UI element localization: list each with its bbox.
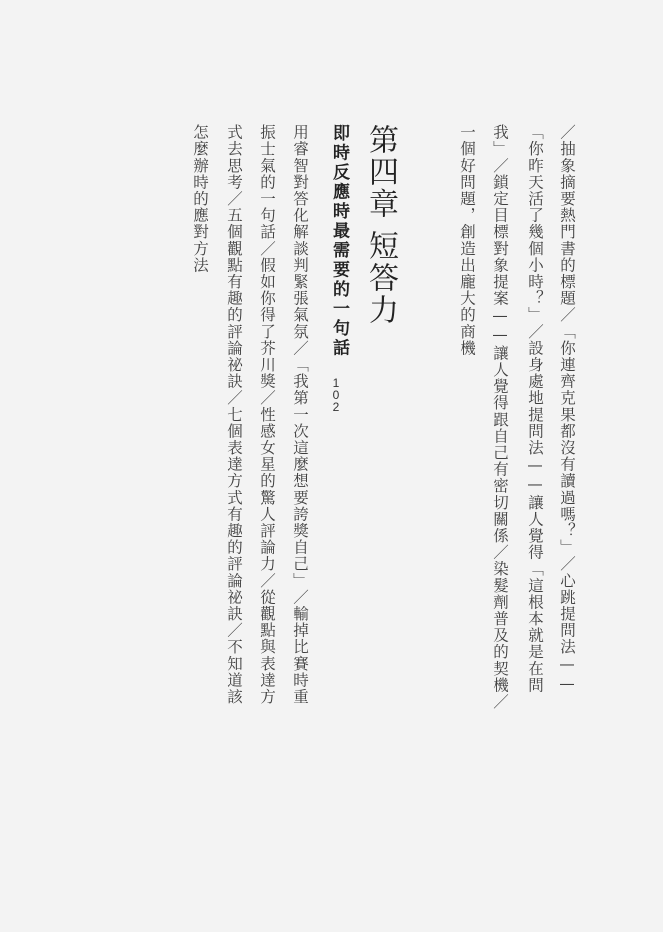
toc-line-1: ／抽象摘要熱門書的標題／「你連齊克果都沒有讀過嗎？」／心跳提問法—— [556,124,574,693]
chapter-title: 第四章短答力 [361,124,395,326]
toc-line-3: 我」／鎖定目標對象提案——讓人覺得跟自己有密切關係／染髮劑普及的契機／ [489,124,507,710]
toc-line-4: 一個好問題，創造出龐大的商機 [456,124,474,356]
chapter-number: 第四章 [363,124,398,220]
chapter-subtitle: 即時反應時最需要的一句話 [327,124,347,358]
chapter-name: 短答力 [363,230,398,326]
chapter-line-3: 式去思考／五個觀點有趣的評論祕訣／七個表達方式有趣的評論祕訣／不知道該 [223,124,241,705]
page-number-digit: 2 [330,401,342,413]
chapter-line-2: 振士氣的一句話／假如你得了芥川獎／性感女星的驚人評論力／從觀點與表達方 [256,124,274,705]
chapter-line-4: 怎麼辦時的應對方法 [189,124,207,273]
page-number: 1 0 2 [330,377,342,413]
chapter-line-1: 用睿智對答化解談判緊張氣氛／「我第一次這麼想要誇獎自己」／輸掉比賽時重 [289,124,307,705]
toc-line-2: 「你昨天活了幾個小時？」／設身處地提問法——讓人覺得「這根本就是在問 [524,124,542,693]
